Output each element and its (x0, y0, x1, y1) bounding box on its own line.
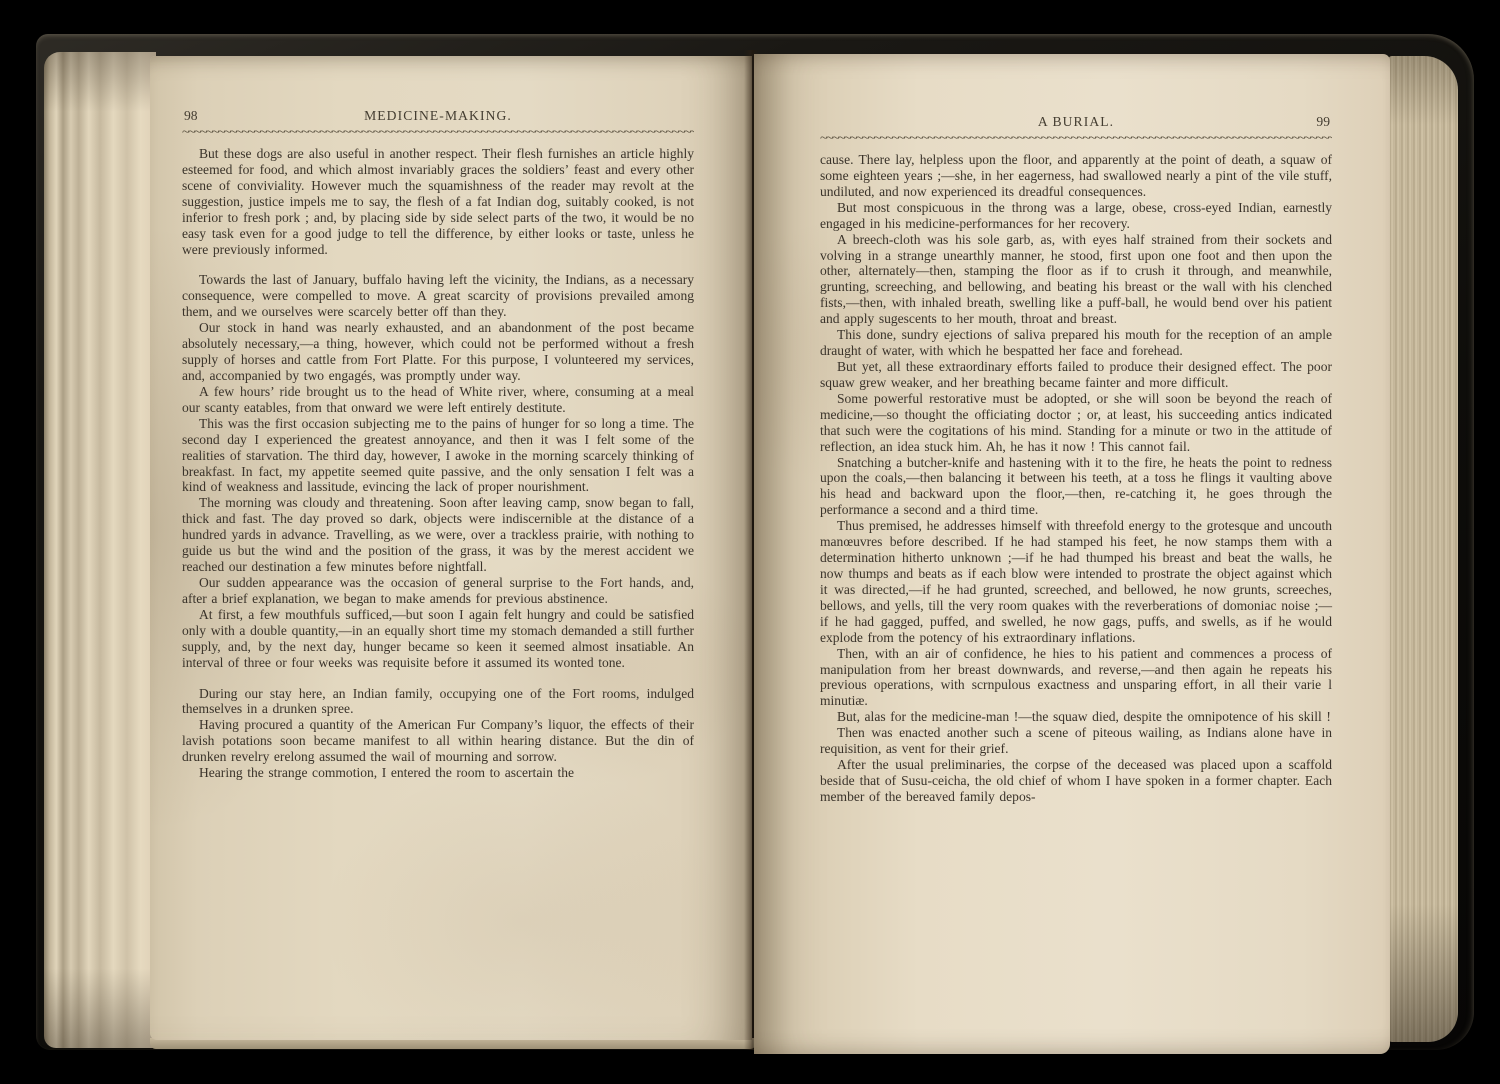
left-page: 98 MEDICINE-MAKING. ~~~~~~~~~~~~~~~~~~~~… (150, 56, 752, 1040)
right-page-content: A BURIAL. 99 ~~~~~~~~~~~~~~~~~~~~~~~~~~~… (820, 114, 1332, 805)
paragraph: Snatching a butcher-knife and hastening … (820, 455, 1332, 519)
right-running-header-row: A BURIAL. 99 (820, 114, 1332, 132)
paragraph: The morning was cloudy and threatening. … (182, 495, 694, 575)
paragraph: A breech-cloth was his sole garb, as, wi… (820, 232, 1332, 328)
paragraph: But most conspicuous in the throng was a… (820, 200, 1332, 232)
paragraph: Some powerful restorative must be adopte… (820, 391, 1332, 455)
paragraph: Thus premised, he addresses himself with… (820, 518, 1332, 645)
paragraph: Hearing the strange commotion, I entered… (182, 765, 694, 781)
paragraph: Then, with an air of confidence, he hies… (820, 646, 1332, 710)
left-page-text: But these dogs are also useful in anothe… (182, 146, 694, 781)
right-page: A BURIAL. 99 ~~~~~~~~~~~~~~~~~~~~~~~~~~~… (754, 54, 1390, 1054)
paragraph: Having procured a quantity of the Americ… (182, 717, 694, 765)
right-page-text: cause. There lay, helpless upon the floo… (820, 152, 1332, 805)
book-photo: 98 MEDICINE-MAKING. ~~~~~~~~~~~~~~~~~~~~… (0, 0, 1500, 1084)
wavy-rule: ~~~~~~~~~~~~~~~~~~~~~~~~~~~~~~~~~~~~~~~~… (820, 135, 1332, 144)
paragraph: After the usual preliminaries, the corps… (820, 757, 1332, 805)
paragraph: This was the first occasion subjecting m… (182, 416, 694, 496)
left-running-header-row: 98 MEDICINE-MAKING. (182, 108, 694, 126)
paragraph: Then was enacted another such a scene of… (820, 725, 1332, 757)
left-running-header: MEDICINE-MAKING. (364, 108, 512, 123)
right-running-header: A BURIAL. (1038, 114, 1114, 129)
page-edges-left (44, 52, 156, 1048)
paragraph: Our sudden appearance was the occasion o… (182, 575, 694, 607)
paragraph: Towards the last of January, buffalo hav… (182, 272, 694, 320)
page-edges-right (1388, 56, 1458, 1042)
left-page-number: 98 (184, 108, 198, 124)
paragraph: Our stock in hand was nearly exhausted, … (182, 320, 694, 384)
paragraph: This done, sundry ejections of saliva pr… (820, 327, 1332, 359)
left-page-content: 98 MEDICINE-MAKING. ~~~~~~~~~~~~~~~~~~~~… (182, 108, 694, 781)
paragraph: But yet, all these extraordinary efforts… (820, 359, 1332, 391)
paragraph: But, alas for the medicine-man !—the squ… (820, 709, 1332, 725)
right-page-number: 99 (1316, 114, 1330, 130)
paragraph: A few hours’ ride brought us to the head… (182, 384, 694, 416)
paragraph: At first, a few mouthfuls sufficed,—but … (182, 607, 694, 671)
wavy-rule: ~~~~~~~~~~~~~~~~~~~~~~~~~~~~~~~~~~~~~~~~… (182, 129, 694, 138)
paragraph: During our stay here, an Indian family, … (182, 686, 694, 718)
paragraph: But these dogs are also useful in anothe… (182, 146, 694, 257)
paragraph: cause. There lay, helpless upon the floo… (820, 152, 1332, 200)
